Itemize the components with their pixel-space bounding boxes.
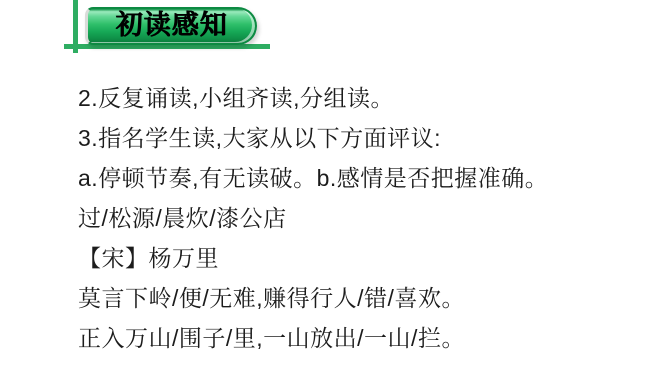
text-line-4: 过/松源/晨炊/漆公店 [78, 198, 638, 238]
text-line-3: a.停顿节奏,有无读破。b.感情是否把握准确。 [78, 158, 638, 198]
text-line-7: 正入万山/围子/里,一山放出/一山/拦。 [78, 318, 638, 358]
text-line-6: 莫言下岭/便/无难,赚得行人/错/喜欢。 [78, 278, 638, 318]
section-title: 初读感知 [116, 12, 228, 39]
section-title-badge: 初读感知 [85, 7, 257, 45]
text-line-1: 2.反复诵读,小组齐读,分组读。 [78, 78, 638, 118]
slide-canvas: 初读感知 2.反复诵读,小组齐读,分组读。 3.指名学生读,大家从以下方面评议:… [0, 0, 668, 376]
text-line-2: 3.指名学生读,大家从以下方面评议: [78, 118, 638, 158]
text-line-5: 【宋】杨万里 [78, 238, 638, 278]
slide-body: 2.反复诵读,小组齐读,分组读。 3.指名学生读,大家从以下方面评议: a.停顿… [78, 78, 638, 358]
